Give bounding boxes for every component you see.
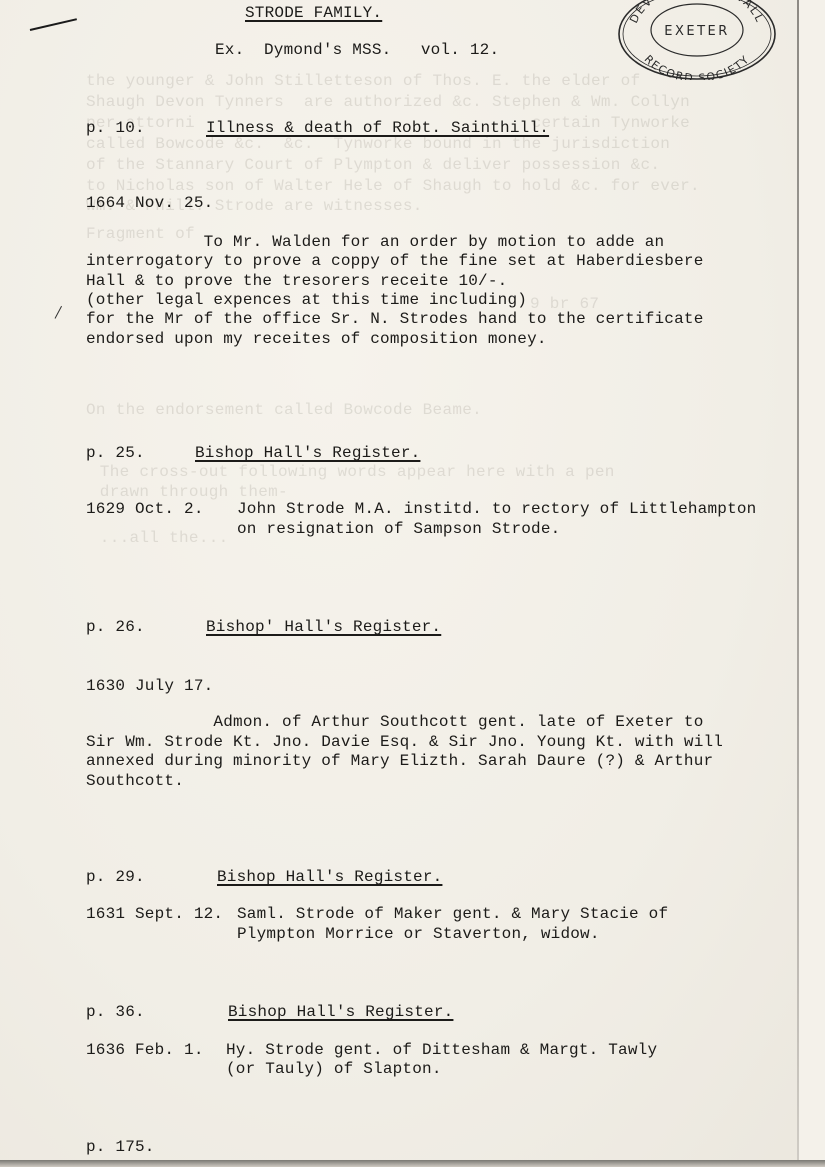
entry-text-line: Hy. Strode gent. of Dittesham & Margt. T… (226, 1040, 657, 1060)
page-bottom-edge (0, 1160, 825, 1167)
pen-mark (30, 18, 77, 31)
page-reference: p. 36. (86, 1002, 145, 1022)
page-margin (799, 0, 825, 1167)
document-source: Ex. Dymond's MSS. vol. 12. (215, 40, 499, 60)
entry-text-line: John Strode M.A. institd. to rectory of … (237, 499, 756, 519)
document-page: the younger & John Stilletteson of Thos.… (0, 0, 825, 1167)
show-through-line: On the endorsement called Bowcode Beame. (86, 400, 482, 421)
entry-text-line: Hall & to prove the tresorers receite 10… (86, 271, 507, 291)
page-reference: p. 25. (86, 443, 145, 463)
entry-date: 1629 Oct. 2. (86, 499, 204, 519)
show-through-line: The cross-out following words appear her… (80, 462, 615, 483)
page-edge-line (797, 0, 799, 1160)
entry-date: 1631 Sept. 12. (86, 904, 223, 924)
entry-text-line: Saml. Strode of Maker gent. & Mary Staci… (237, 904, 668, 924)
show-through-line: the younger & John Stilletteson of Thos.… (86, 71, 641, 92)
entry-text-line: for the Mr of the office Sr. N. Strodes … (86, 309, 704, 329)
show-through-line: Shaugh Devon Tynners are authorized &c. … (86, 92, 690, 113)
entry-date: 1664 Nov. 25. (86, 193, 213, 213)
entry-text-line: (other legal expences at this time inclu… (86, 290, 527, 310)
svg-text:EXETER: EXETER (664, 24, 730, 39)
entry-text-line: endorsed upon my receites of composition… (86, 329, 547, 349)
section-heading: Bishop' Hall's Register. (206, 617, 441, 637)
entry-text-line: Southcott. (86, 771, 184, 791)
entry-text-line: Sir Wm. Strode Kt. Jno. Davie Esq. & Sir… (86, 732, 723, 752)
page-reference: p. 26. (86, 617, 145, 637)
svg-text:RECORD SOCIETY: RECORD SOCIETY (642, 53, 753, 80)
show-through-line: ...all the... (80, 528, 229, 549)
section-heading: Bishop Hall's Register. (195, 443, 420, 463)
record-society-stamp: DEVON & CORNWALL EXETER RECORD SOCIETY (612, 0, 782, 80)
show-through-line: of the Stannary Court of Plympton & deli… (86, 155, 660, 176)
page-reference: p. 29. (86, 867, 145, 887)
entry-text-line: (or Tauly) of Slapton. (226, 1059, 442, 1079)
entry-text-line: To Mr. Walden for an order by motion to … (86, 232, 664, 252)
entry-text-line: Admon. of Arthur Southcott gent. late of… (86, 712, 704, 732)
stamp-seal-icon: DEVON & CORNWALL EXETER RECORD SOCIETY (612, 0, 782, 80)
page-reference: p. 175. (86, 1137, 155, 1157)
section-heading: Bishop Hall's Register. (217, 867, 442, 887)
pen-tick-mark (55, 306, 62, 319)
document-title: STRODE FAMILY. (245, 3, 382, 23)
entry-text-line: Plympton Morrice or Staverton, widow. (237, 924, 600, 944)
section-heading: Bishop Hall's Register. (228, 1002, 453, 1022)
page-reference: p. 10. (86, 118, 145, 138)
section-heading: Illness & death of Robt. Sainthill. (206, 118, 549, 138)
entry-text-line: interrogatory to prove a coppy of the fi… (86, 251, 704, 271)
entry-date: 1636 Feb. 1. (86, 1040, 204, 1060)
entry-date: 1630 July 17. (86, 676, 213, 696)
entry-text-line: on resignation of Sampson Strode. (237, 519, 560, 539)
entry-text-line: annexed during minority of Mary Elizth. … (86, 751, 713, 771)
